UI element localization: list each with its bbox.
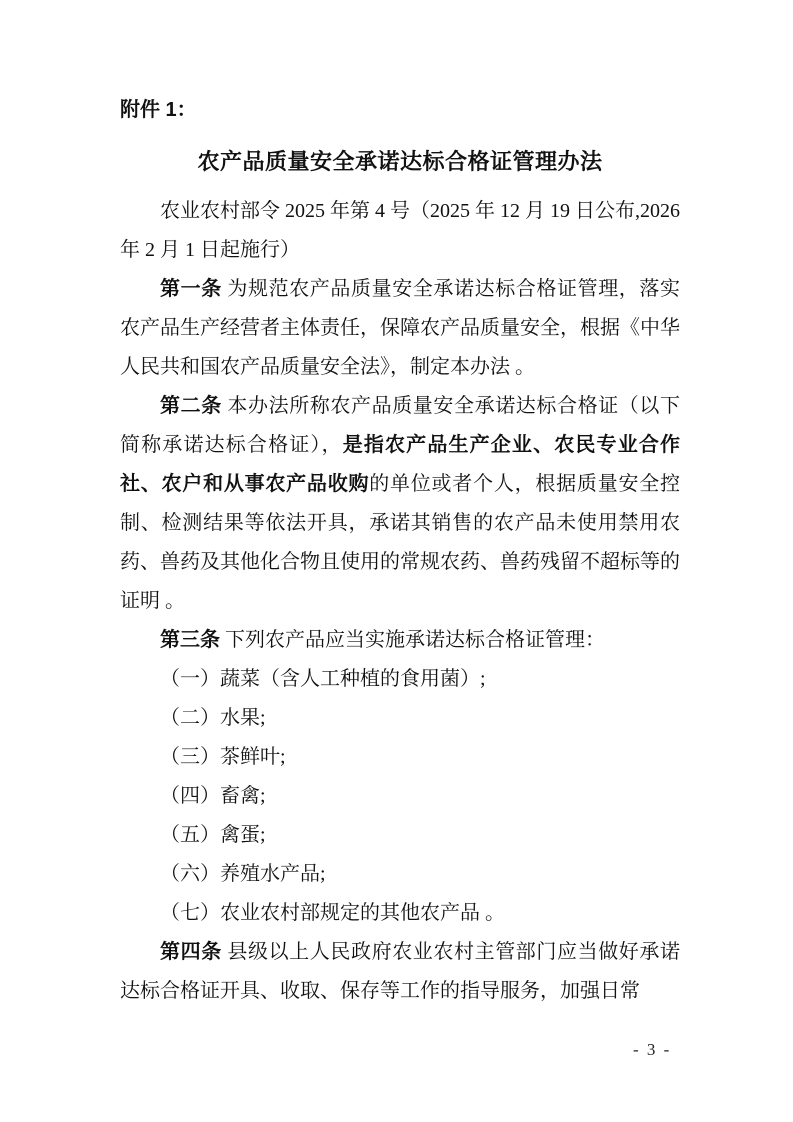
article-1: 第一条 为规范农产品质量安全承诺达标合格证管理，落实农产品生产经营者主体责任，保… bbox=[120, 270, 680, 387]
bold-text: 第四条 bbox=[160, 941, 222, 963]
body-text: （四）畜禽; bbox=[160, 785, 266, 807]
body-text: （二）水果; bbox=[160, 707, 266, 729]
bold-text: 第三条 bbox=[160, 629, 220, 651]
list-item-4: （四）畜禽; bbox=[120, 777, 680, 816]
body-text: （三）茶鲜叶; bbox=[160, 746, 286, 768]
list-item-6: （六）养殖水产品; bbox=[120, 855, 680, 894]
body-text: （六）养殖水产品; bbox=[160, 863, 326, 885]
list-item-1: （一）蔬菜（含人工种植的食用菌）; bbox=[120, 660, 680, 699]
list-item-5: （五）禽蛋; bbox=[120, 816, 680, 855]
body-text: （五）禽蛋; bbox=[160, 824, 266, 846]
body-text: （七）农业农村部规定的其他农产品 。 bbox=[160, 902, 505, 924]
decree-line: 农业农村部令 2025 年第 4 号（2025 年 12 月 19 日公布,20… bbox=[120, 192, 680, 270]
list-item-7: （七）农业农村部规定的其他农产品 。 bbox=[120, 894, 680, 933]
bold-text: 第一条 bbox=[160, 278, 222, 300]
body-text: 下列农产品应当实施承诺达标合格证管理： bbox=[220, 629, 605, 651]
body-text: 农业农村部令 2025 年第 4 号（2025 年 12 月 19 日公布,20… bbox=[120, 200, 685, 261]
article-4: 第四条 县级以上人民政府农业农村主管部门应当做好承诺达标合格证开具、收取、保存等… bbox=[120, 933, 680, 1011]
document-title: 农产品质量安全承诺达标合格证管理办法 bbox=[120, 146, 680, 178]
list-item-2: （二）水果; bbox=[120, 699, 680, 738]
document-content: 附件 1： 农产品质量安全承诺达标合格证管理办法 农业农村部令 2025 年第 … bbox=[120, 96, 680, 1011]
article-2: 第二条 本办法所称农产品质量安全承诺达标合格证（以下简称承诺达标合格证），是指农… bbox=[120, 387, 680, 621]
bold-text: 第二条 bbox=[160, 395, 222, 417]
list-item-3: （三）茶鲜叶; bbox=[120, 738, 680, 777]
attachment-label: 附件 1： bbox=[120, 96, 680, 124]
article-3: 第三条 下列农产品应当实施承诺达标合格证管理： bbox=[120, 621, 680, 660]
document-body: 农业农村部令 2025 年第 4 号（2025 年 12 月 19 日公布,20… bbox=[120, 192, 680, 1011]
document-page: 附件 1： 农产品质量安全承诺达标合格证管理办法 农业农村部令 2025 年第 … bbox=[0, 0, 793, 1122]
page-number: - 3 - bbox=[633, 1038, 671, 1062]
body-text: （一）蔬菜（含人工种植的食用菌）; bbox=[160, 668, 486, 690]
